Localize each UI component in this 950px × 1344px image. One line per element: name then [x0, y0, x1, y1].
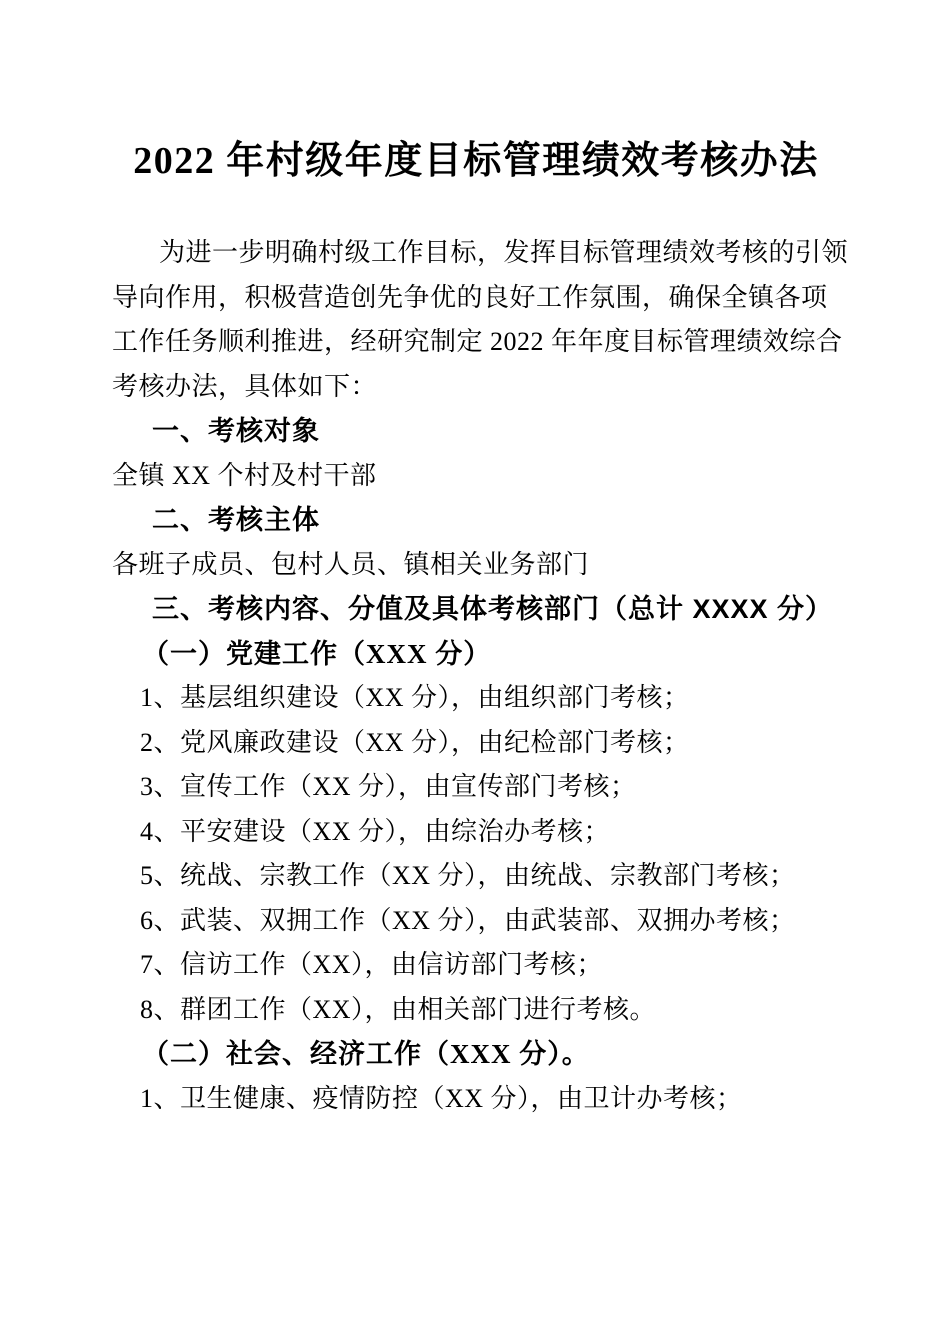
section-heading-2: 二、考核主体 — [112, 498, 840, 543]
subsection-heading-social-economic: （二）社会、经济工作（XXX 分）。 — [112, 1032, 840, 1077]
list-item: 1、卫生健康、疫情防控（XX 分），由卫计办考核； — [112, 1077, 840, 1122]
list-item: 7、信访工作（XX），由信访部门考核； — [112, 943, 840, 988]
list-item: 4、平安建设（XX 分），由综治办考核； — [112, 810, 840, 855]
list-item: 6、武装、双拥工作（XX 分），由武装部、双拥办考核； — [112, 899, 840, 944]
list-item: 8、群团工作（XX），由相关部门进行考核。 — [112, 988, 840, 1033]
intro-paragraph-line: 为进一步明确村级工作目标，发挥目标管理绩效考核的引领 — [112, 231, 840, 276]
document-title: 2022 年村级年度目标管理绩效考核办法 — [112, 136, 840, 186]
subsection-heading-party-building: （一）党建工作（XXX 分） — [112, 632, 840, 677]
list-item: 2、党风廉政建设（XX 分），由纪检部门考核； — [112, 721, 840, 766]
list-item: 5、统战、宗教工作（XX 分），由统战、宗教部门考核； — [112, 854, 840, 899]
section-heading-3: 三、考核内容、分值及具体考核部门（总计 XXXX 分） — [112, 587, 840, 632]
intro-paragraph-line: 工作任务顺利推进，经研究制定 2022 年年度目标管理绩效综合 — [112, 320, 840, 365]
section-content: 各班子成员、包村人员、镇相关业务部门 — [112, 543, 840, 588]
section-content: 全镇 XX 个村及村干部 — [112, 454, 840, 499]
list-item: 3、宣传工作（XX 分），由宣传部门考核； — [112, 765, 840, 810]
intro-paragraph-line: 导向作用，积极营造创先争优的良好工作氛围，确保全镇各项 — [112, 276, 840, 321]
section-heading-1: 一、考核对象 — [112, 409, 840, 454]
document-page: 2022 年村级年度目标管理绩效考核办法 为进一步明确村级工作目标，发挥目标管理… — [0, 0, 950, 1344]
list-item: 1、基层组织建设（XX 分），由组织部门考核； — [112, 676, 840, 721]
intro-paragraph-line: 考核办法，具体如下： — [112, 365, 840, 410]
